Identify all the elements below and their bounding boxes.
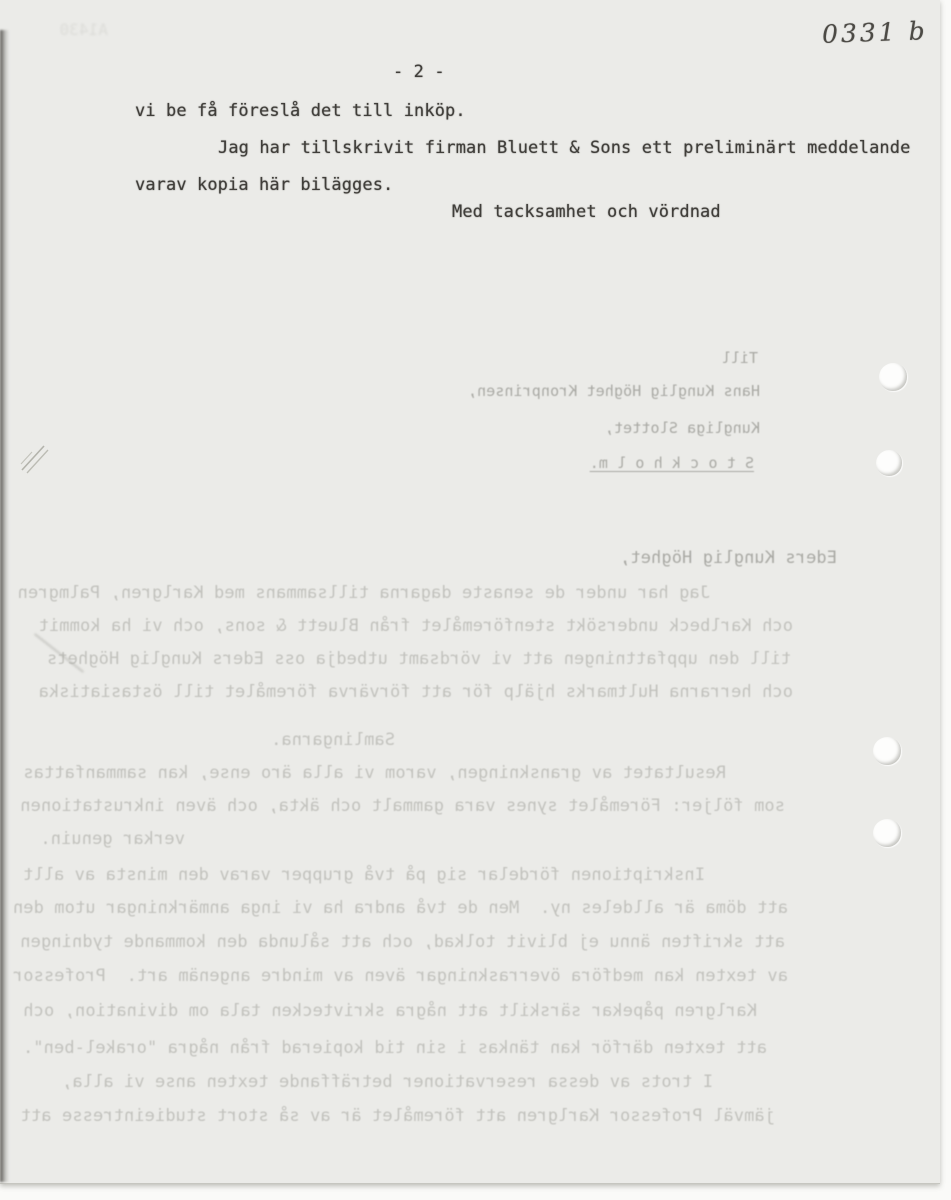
punch-hole xyxy=(873,819,901,847)
punch-hole xyxy=(873,737,901,765)
bleed-through-line: av texten kan medföra överraskningar äve… xyxy=(20,967,788,986)
scanned-document-page: A1430TillHans Kunglig Höghet Kronprinsen… xyxy=(0,0,951,1200)
bleed-through-line: Karlgren påpekar särskilt att några skri… xyxy=(30,1002,757,1021)
bleed-through-line: att skriften ännu ej blivit tolkad, och … xyxy=(28,933,785,952)
bleed-through-line: och herrarna Hultmarks hjälp för att för… xyxy=(46,683,793,702)
bleed-through-line: att texten därför kan tänkas i sin tid k… xyxy=(30,1039,767,1058)
bleed-through-line: I trots av dessa reservationer beträffan… xyxy=(68,1073,713,1092)
bleed-through-line: S t o c k h o l m. xyxy=(591,454,754,473)
bleed-through-line: Samlingarna. xyxy=(272,731,395,750)
paper-left-edge-shadow xyxy=(0,30,9,1182)
bleed-through-line: Hans Kunglig Höghet Kronprinsen, xyxy=(471,382,760,401)
pencil-mark xyxy=(18,436,58,478)
bleed-through-line: verkar genuin. xyxy=(42,830,185,849)
bleed-through-line: att döma är alldeles ny. Men de två andr… xyxy=(20,899,788,918)
bleed-through-line: Kungliga Slottet, xyxy=(606,419,760,438)
punch-hole xyxy=(876,450,902,476)
bleed-through-line: jämväl Professor Karlgren att föremålet … xyxy=(28,1107,775,1126)
typed-line: - 2 - xyxy=(393,63,445,82)
bleed-through-line: och Karlbeck undersökt stenföremålet frå… xyxy=(46,617,793,636)
archive-number-handwritten: 0331 b xyxy=(822,16,929,49)
punch-hole xyxy=(879,363,907,391)
bleed-through-line: Till xyxy=(722,349,758,368)
bleed-through-line: Eders Kunglig Höghet, xyxy=(622,549,837,568)
bleed-through-line: som följer: Föremålet synes vara gammalt… xyxy=(28,797,785,816)
bleed-through-line: Inskriptionen fördelar sig på två gruppe… xyxy=(30,866,705,885)
typed-line: Med tacksamhet och vördnad xyxy=(452,203,721,222)
bleed-through-line: Resultatet av granskningen, varom vi all… xyxy=(30,764,726,783)
bleed-through-line: Jag har under de senaste dagarna tillsam… xyxy=(24,584,710,603)
typed-line: Jag har tillskrivit firman Bluett & Sons… xyxy=(218,139,910,158)
bleed-through-line: A1430 xyxy=(60,20,108,39)
bleed-through-line: till den uppfattningen att vi vördsamt u… xyxy=(54,650,791,669)
paper-sheet: A1430TillHans Kunglig Höghet Kronprinsen… xyxy=(0,0,940,1184)
typed-line: vi be få föreslå det till inköp. xyxy=(135,102,466,121)
typed-line: varav kopia här bilägges. xyxy=(135,176,393,195)
